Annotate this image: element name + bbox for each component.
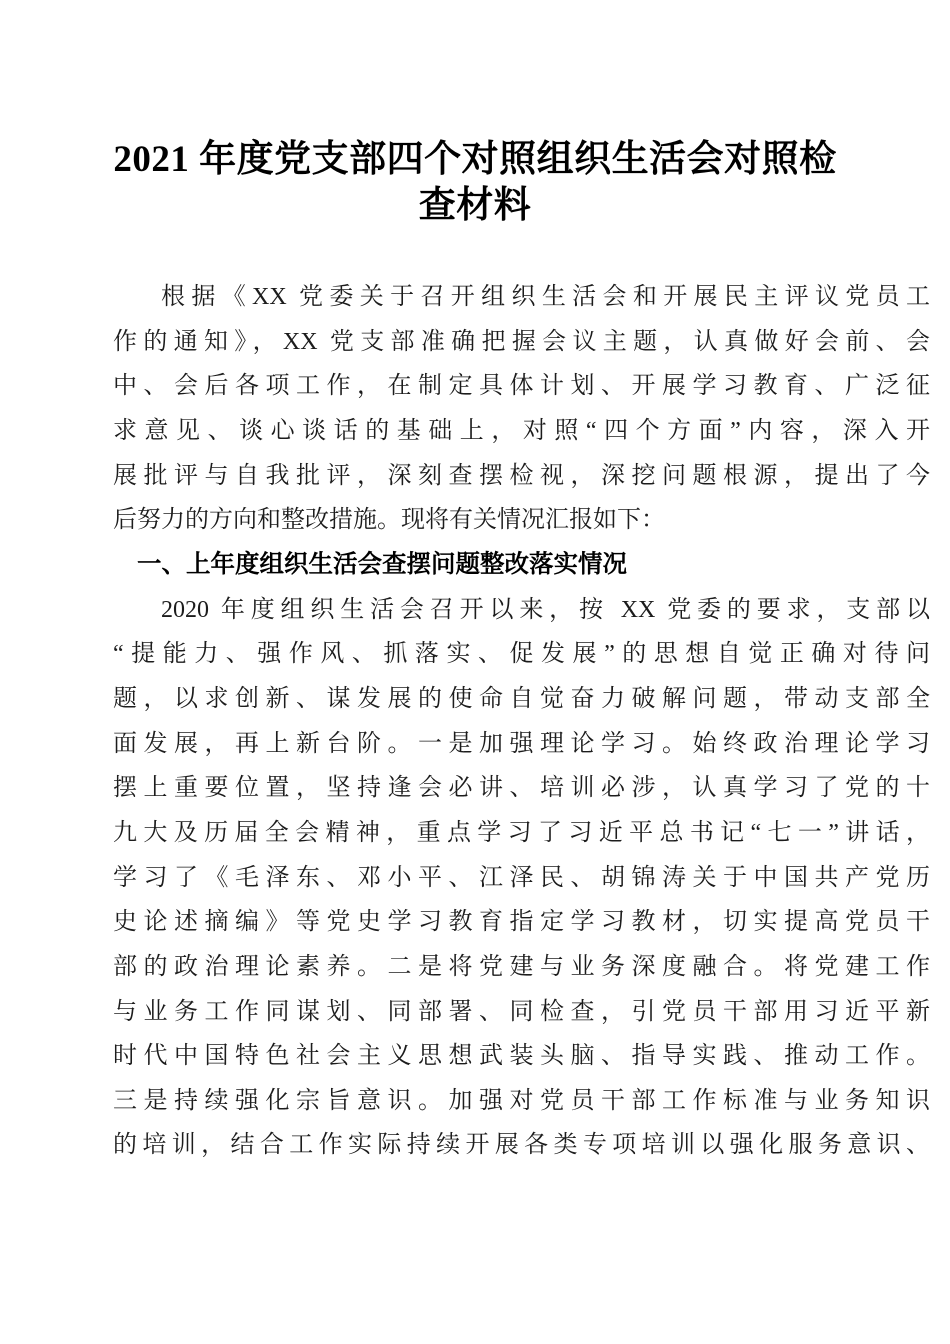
paragraph-1-line: 后努力的方向和整改措施。现将有关情况汇报如下：: [113, 498, 930, 543]
paragraph-2-line: 学习了《毛泽东、邓小平、江泽民、胡锦涛关于中国共产党历: [113, 856, 930, 901]
paragraph-2-line: 的培训，结合工作实际持续开展各类专项培训以强化服务意识、: [113, 1123, 930, 1168]
paragraph-1-line: 根据《XX 党委关于召开组织生活会和开展民主评议党员工: [113, 275, 930, 320]
paragraph-2-line: 面发展，再上新台阶。一是加强理论学习。始终政治理论学习: [113, 722, 930, 767]
paragraph-2-line: “提能力、强作风、抓落实、促发展”的思想自觉正确对待问: [113, 632, 930, 677]
paragraph-2-line: 部的政治理论素养。二是将党建与业务深度融合。将党建工作: [113, 945, 930, 990]
paragraph-1-line: 作的通知》，XX 党支部准确把握会议主题，认真做好会前、会: [113, 320, 930, 365]
paragraph-2-line: 与业务工作同谋划、同部署、同检查，引党员干部用习近平新: [113, 990, 930, 1035]
title-line-1: 2021 年度党支部四个对照组织生活会对照检: [0, 137, 950, 183]
paragraph-2-line: 2020 年度组织生活会召开以来，按 XX 党委的要求，支部以: [113, 588, 930, 633]
paragraph-2-line: 时代中国特色社会主义思想武装头脑、指导实践、推动工作。: [113, 1034, 930, 1079]
paragraph-1-line: 求意见、谈心谈话的基础上，对照“四个方面”内容，深入开: [113, 409, 930, 454]
section-heading-1: 一、上年度组织生活会查摆问题整改落实情况: [137, 543, 930, 588]
paragraph-1-line: 中、会后各项工作，在制定具体计划、开展学习教育、广泛征: [113, 364, 930, 409]
paragraph-2-line: 题，以求创新、谋发展的使命自觉奋力破解问题，带动支部全: [113, 677, 930, 722]
paragraph-2-line: 摆上重要位置，坚持逢会必讲、培训必涉，认真学习了党的十: [113, 766, 930, 811]
paragraph-2-line: 史论述摘编》等党史学习教育指定学习教材，切实提高党员干: [113, 900, 930, 945]
document-title: 2021 年度党支部四个对照组织生活会对照检 查材料: [0, 137, 950, 228]
title-line-2: 查材料: [0, 183, 950, 229]
paragraph-1-line: 展批评与自我批评，深刻查摆检视，深挖问题根源，提出了今: [113, 454, 930, 499]
document-body: 根据《XX 党委关于召开组织生活会和开展民主评议党员工 作的通知》，XX 党支部…: [113, 275, 930, 1168]
document-page: 2021 年度党支部四个对照组织生活会对照检 查材料 根据《XX 党委关于召开组…: [0, 0, 950, 1344]
paragraph-2-line: 三是持续强化宗旨意识。加强对党员干部工作标准与业务知识: [113, 1079, 930, 1124]
paragraph-2-line: 九大及历届全会精神，重点学习了习近平总书记“七一”讲话，: [113, 811, 930, 856]
